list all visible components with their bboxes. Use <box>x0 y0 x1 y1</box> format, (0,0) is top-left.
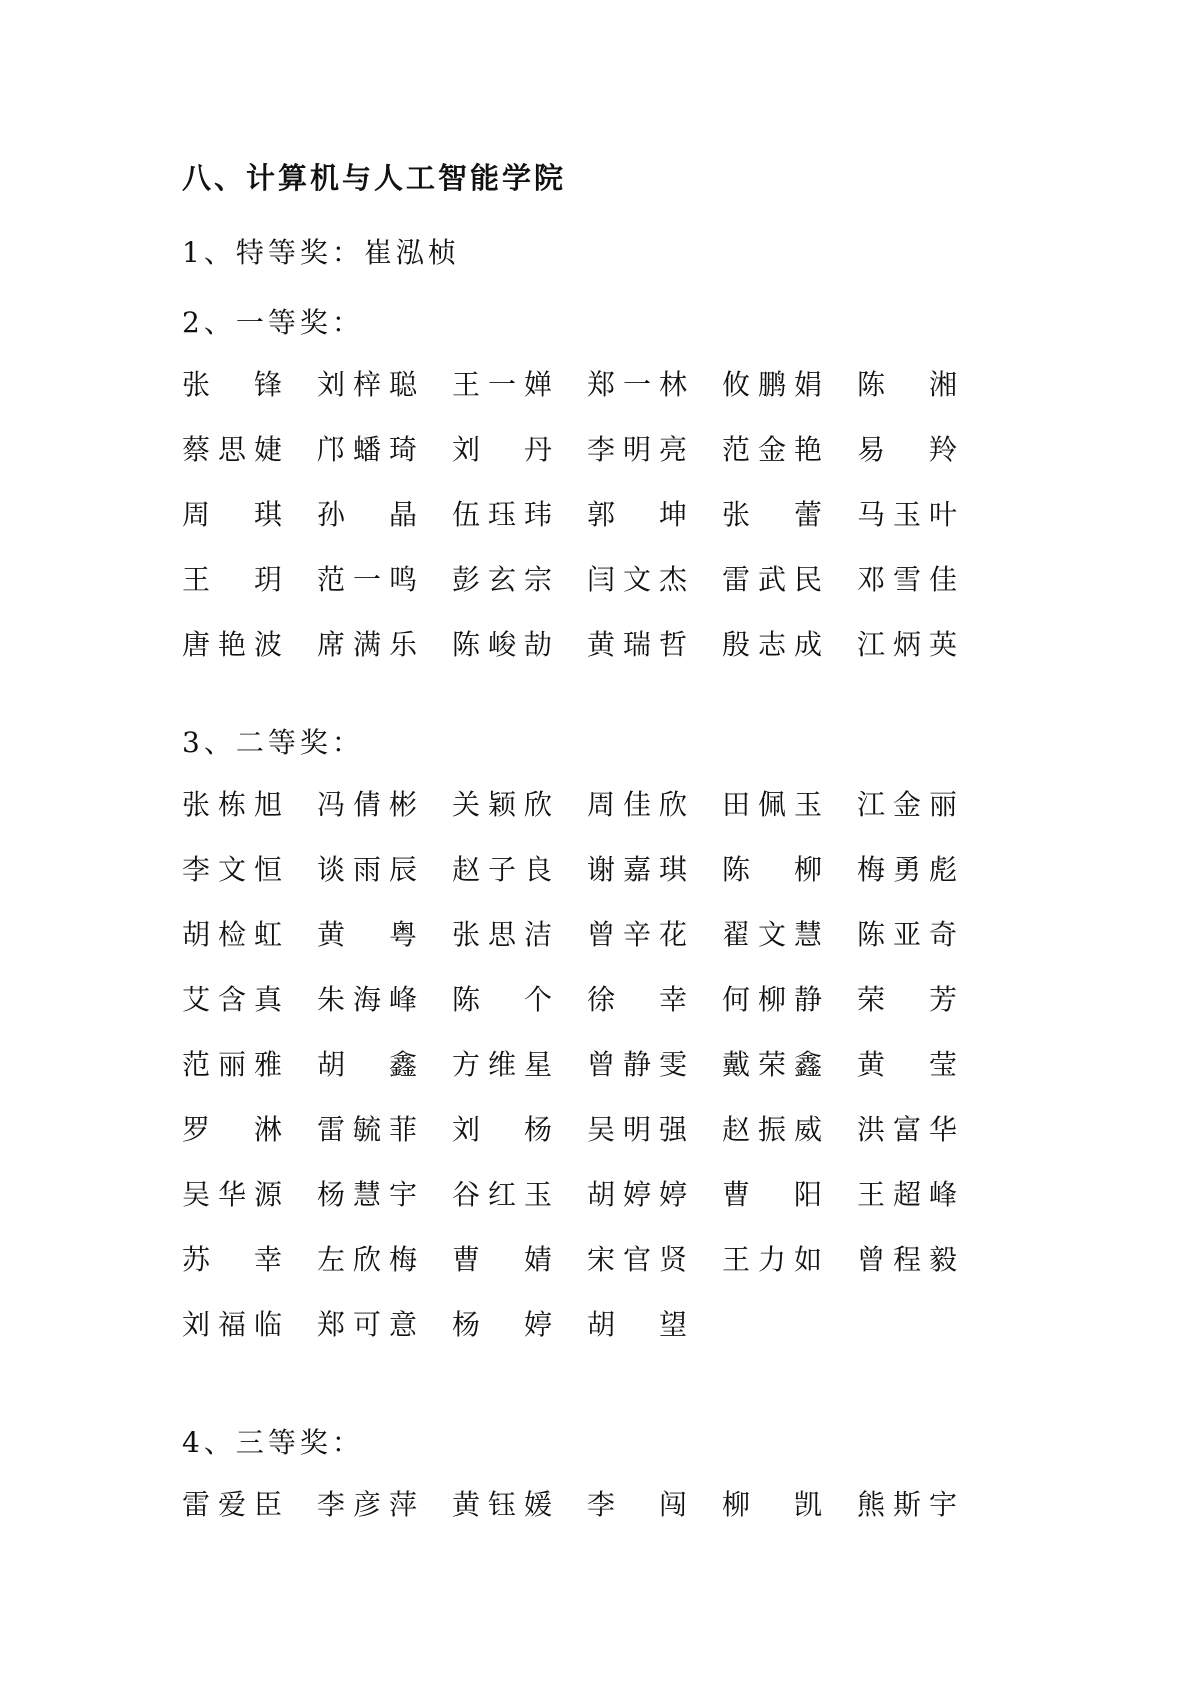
award-name: 黄瑞哲 <box>587 625 687 665</box>
section-heading-first-prize: 2、一等奖： <box>182 303 364 343</box>
award-name: 谈雨辰 <box>317 850 417 890</box>
award-name: 黄莹 <box>857 1045 957 1085</box>
award-name: 攸鹏娟 <box>722 365 822 405</box>
section-heading-third-prize: 4、三等奖： <box>182 1423 364 1463</box>
award-name: 洪富华 <box>857 1110 957 1150</box>
name-row: 蔡思婕邝蟠琦刘丹李明亮范金艳易羚 <box>182 430 1082 470</box>
award-name: 闫文杰 <box>587 560 687 600</box>
award-name: 陈柳 <box>722 850 822 890</box>
award-name: 刘福临 <box>182 1305 282 1345</box>
award-name: 谢嘉琪 <box>587 850 687 890</box>
award-name: 胡望 <box>587 1305 687 1345</box>
award-name: 李闯 <box>587 1485 687 1525</box>
name-row: 张锋刘梓聪王一婵郑一林攸鹏娟陈湘 <box>182 365 1082 405</box>
award-name: 刘梓聪 <box>317 365 417 405</box>
award-name: 席满乐 <box>317 625 417 665</box>
page-title: 八、计算机与人工智能学院 <box>182 158 566 198</box>
name-row: 范丽雅胡鑫方维星曾静雯戴荣鑫黄莹 <box>182 1045 1082 1085</box>
award-name: 曾程毅 <box>857 1240 957 1280</box>
name-row: 张栋旭冯倩彬关颖欣周佳欣田佩玉江金丽 <box>182 785 1082 825</box>
award-name: 彭玄宗 <box>452 560 552 600</box>
award-name: 赵振威 <box>722 1110 822 1150</box>
award-name: 江金丽 <box>857 785 957 825</box>
award-name: 刘丹 <box>452 430 552 470</box>
award-name: 赵子良 <box>452 850 552 890</box>
award-name: 黄钰媛 <box>452 1485 552 1525</box>
award-name: 翟文慧 <box>722 915 822 955</box>
award-name: 曾静雯 <box>587 1045 687 1085</box>
award-name: 胡鑫 <box>317 1045 417 1085</box>
award-name: 吴明强 <box>587 1110 687 1150</box>
name-row: 王玥范一鸣彭玄宗闫文杰雷武民邓雪佳 <box>182 560 1082 600</box>
award-name: 范丽雅 <box>182 1045 282 1085</box>
name-row: 胡检虹黄粤张思洁曾辛花翟文慧陈亚奇 <box>182 915 1082 955</box>
award-name: 王超峰 <box>857 1175 957 1215</box>
award-name: 朱海峰 <box>317 980 417 1020</box>
award-name: 郭坤 <box>587 495 687 535</box>
award-name: 唐艳波 <box>182 625 282 665</box>
award-name: 雷爱臣 <box>182 1485 282 1525</box>
award-name: 陈个 <box>452 980 552 1020</box>
award-name: 邝蟠琦 <box>317 430 417 470</box>
award-name: 荣芳 <box>857 980 957 1020</box>
award-name: 刘杨 <box>452 1110 552 1150</box>
award-name: 张蕾 <box>722 495 822 535</box>
document-page: 八、计算机与人工智能学院 1、特等奖：崔泓桢 2、一等奖： 张锋刘梓聪王一婵郑一… <box>0 0 1191 1684</box>
award-name: 邓雪佳 <box>857 560 957 600</box>
award-name: 胡婷婷 <box>587 1175 687 1215</box>
award-name: 曹婧 <box>452 1240 552 1280</box>
name-row: 周琪孙晶伍珏玮郭坤张蕾马玉叶 <box>182 495 1082 535</box>
special-prize-line: 1、特等奖：崔泓桢 <box>182 233 460 273</box>
name-row: 雷爱臣李彦萍黄钰媛李闯柳凯熊斯宇 <box>182 1485 1082 1525</box>
award-name: 何柳静 <box>722 980 822 1020</box>
award-name: 柳凯 <box>722 1485 822 1525</box>
award-name: 江炳英 <box>857 625 957 665</box>
award-name: 孙晶 <box>317 495 417 535</box>
award-name: 胡检虹 <box>182 915 282 955</box>
name-row: 吴华源杨慧宇谷红玉胡婷婷曹阳王超峰 <box>182 1175 1082 1215</box>
award-name: 杨慧宇 <box>317 1175 417 1215</box>
award-name: 徐幸 <box>587 980 687 1020</box>
award-name: 殷志成 <box>722 625 822 665</box>
award-name: 易羚 <box>857 430 957 470</box>
award-name: 李明亮 <box>587 430 687 470</box>
award-name: 伍珏玮 <box>452 495 552 535</box>
award-name: 谷红玉 <box>452 1175 552 1215</box>
name-row: 刘福临郑可意杨婷胡望 <box>182 1305 1082 1345</box>
award-name: 范一鸣 <box>317 560 417 600</box>
award-name: 田佩玉 <box>722 785 822 825</box>
award-name: 马玉叶 <box>857 495 957 535</box>
award-name: 郑一林 <box>587 365 687 405</box>
award-name: 王玥 <box>182 560 282 600</box>
award-name: 陈亚奇 <box>857 915 957 955</box>
award-name: 王一婵 <box>452 365 552 405</box>
award-name: 戴荣鑫 <box>722 1045 822 1085</box>
award-name: 郑可意 <box>317 1305 417 1345</box>
award-name: 李彦萍 <box>317 1485 417 1525</box>
award-name: 冯倩彬 <box>317 785 417 825</box>
award-name: 杨婷 <box>452 1305 552 1345</box>
award-name: 陈湘 <box>857 365 957 405</box>
award-name: 雷武民 <box>722 560 822 600</box>
name-row: 艾含真朱海峰陈个徐幸何柳静荣芳 <box>182 980 1082 1020</box>
award-name: 王力如 <box>722 1240 822 1280</box>
award-name: 关颖欣 <box>452 785 552 825</box>
section-heading-second-prize: 3、二等奖： <box>182 723 364 763</box>
name-row: 唐艳波席满乐陈峻劼黄瑞哲殷志成江炳英 <box>182 625 1082 665</box>
award-name: 吴华源 <box>182 1175 282 1215</box>
award-name: 陈峻劼 <box>452 625 552 665</box>
award-name: 宋官贤 <box>587 1240 687 1280</box>
award-name: 蔡思婕 <box>182 430 282 470</box>
award-name: 张锋 <box>182 365 282 405</box>
award-name: 崔泓桢 <box>364 236 460 269</box>
award-name: 梅勇彪 <box>857 850 957 890</box>
award-name: 左欣梅 <box>317 1240 417 1280</box>
award-name: 周佳欣 <box>587 785 687 825</box>
award-name: 罗淋 <box>182 1110 282 1150</box>
award-name: 周琪 <box>182 495 282 535</box>
award-name: 曾辛花 <box>587 915 687 955</box>
award-name: 雷毓菲 <box>317 1110 417 1150</box>
name-row: 苏幸左欣梅曹婧宋官贤王力如曾程毅 <box>182 1240 1082 1280</box>
section-label: 1、特等奖： <box>182 236 364 269</box>
award-name: 黄粤 <box>317 915 417 955</box>
name-row: 李文恒谈雨辰赵子良谢嘉琪陈柳梅勇彪 <box>182 850 1082 890</box>
award-name: 范金艳 <box>722 430 822 470</box>
name-row: 罗淋雷毓菲刘杨吴明强赵振威洪富华 <box>182 1110 1082 1150</box>
award-name: 曹阳 <box>722 1175 822 1215</box>
award-name: 张栋旭 <box>182 785 282 825</box>
award-name: 张思洁 <box>452 915 552 955</box>
award-name: 熊斯宇 <box>857 1485 957 1525</box>
award-name: 李文恒 <box>182 850 282 890</box>
award-name: 艾含真 <box>182 980 282 1020</box>
award-name: 苏幸 <box>182 1240 282 1280</box>
award-name: 方维星 <box>452 1045 552 1085</box>
